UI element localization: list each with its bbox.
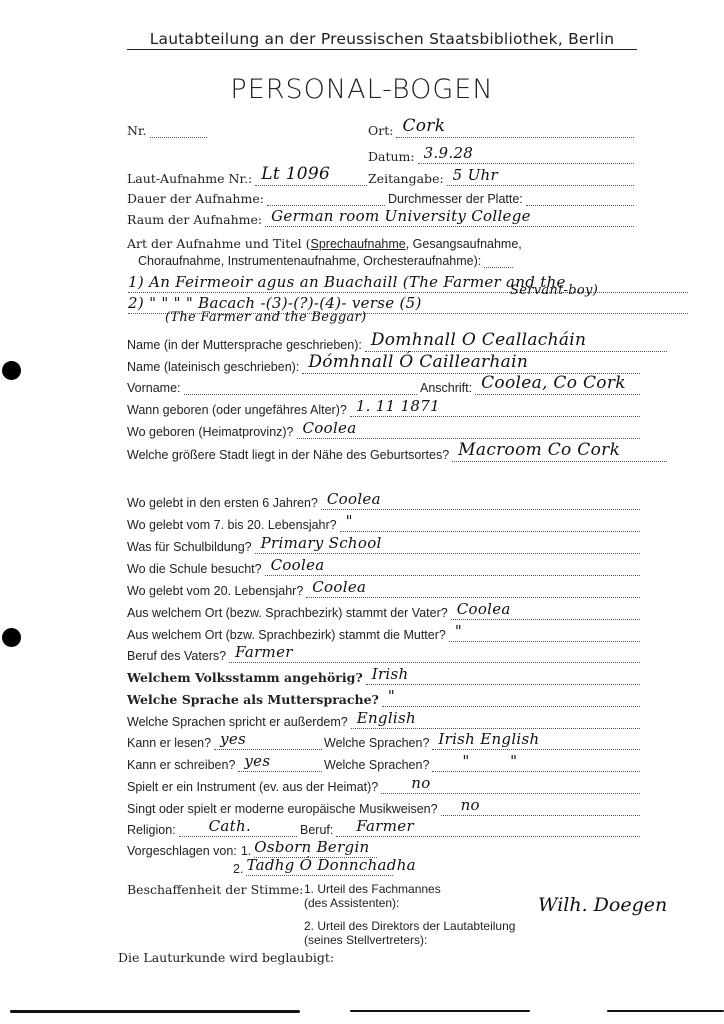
field-stadt: Welche größere Stadt liegt in der Nähe d… [127,444,667,462]
field-beruf-vater: Beruf des Vaters? Farmer [127,645,640,663]
vater-ort-field[interactable]: Coolea [451,603,640,620]
field-anschrift: Anschrift: Coolea, Co Cork [420,377,640,395]
field-gelebt-7-20: Wo gelebt vom 7. bis 20. Lebensjahr? " [127,514,640,532]
vorname-field[interactable] [184,378,417,395]
anschrift-field[interactable]: Coolea, Co Cork [475,378,640,395]
urteil-1: 1. Urteil des Fachmannes (des Assistente… [304,882,441,910]
lesen-field[interactable]: yes [214,733,322,750]
field-geboren-wo: Wo geboren (Heimatprovinz)? Coolea [127,421,640,439]
gelebt-20-field[interactable]: Coolea [306,581,640,598]
field-laut-aufnahme-nr: Laut-Aufnahme Nr.: Lt 1096 [127,168,367,186]
title-1-field[interactable]: 1) An Feirmeoir agus an Buachaill (The F… [128,276,688,293]
field-gelebt-6: Wo gelebt in den ersten 6 Jahren? Coolea [127,492,640,510]
geboren-wo-field[interactable]: Coolea [297,422,640,439]
name-mutter-field[interactable]: Domhnall O Ceallacháin [365,335,667,352]
urteil-2: 2. Urteil des Direktors der Lautabteilun… [304,919,515,947]
page-title: PERSONAL-BOGEN [0,74,724,105]
art-selected: Sprechaufnahme [311,237,406,251]
field-datum: Datum: 3.9.28 [368,146,634,164]
field-lesen: Kann er lesen? yes [127,732,322,750]
mutter-ort-field[interactable]: " [449,625,640,642]
field-zeitangabe: Zeitangabe: 5 Uhr [368,168,634,186]
field-musikweisen: Singt oder spielt er moderne europäische… [127,798,640,816]
lesen-sprachen-field[interactable]: Irish English [432,733,640,750]
field-ort: Ort: Cork [368,120,634,138]
instrument-field[interactable]: no [381,777,640,794]
punch-hole [2,628,21,647]
field-lesen-sprachen: Welche Sprachen? Irish English [324,732,640,750]
laut-aufnahme-nr-field[interactable]: Lt 1096 [255,169,367,186]
muttersprache-field[interactable]: " [382,690,640,707]
schreiben-field[interactable]: yes [238,755,322,772]
field-beruf: Beruf: Farmer [300,819,640,837]
field-art-choices: Choraufnahme, Instrumentenaufnahme, Orch… [138,250,513,268]
name-latein-field[interactable]: Dómhnall Ó Caillearhain [302,357,640,374]
field-name-mutter: Name (in der Muttersprache geschrieben):… [127,334,667,352]
stadt-field[interactable]: Macroom Co Cork [452,445,667,462]
scan-edge-line [607,1010,724,1012]
punch-hole [2,361,21,380]
stimme-label: Beschaffenheit der Stimme: [127,882,304,897]
field-schulbildung: Was für Schulbildung? Primary School [127,536,640,554]
schulbildung-field[interactable]: Primary School [255,537,640,554]
gelebt-7-20-field[interactable]: " [340,515,640,532]
field-schreiben: Kann er schreiben? yes [127,754,322,772]
datum-field[interactable]: 3.9.28 [418,147,634,164]
durchmesser-field[interactable] [526,189,634,206]
scan-edge-line [350,1010,530,1012]
ort-field[interactable]: Cork [396,121,634,138]
beglaubigt-label: Die Lauturkunde wird beglaubigt: [118,950,334,965]
beruf-field[interactable]: Farmer [336,820,640,837]
field-vorname: Vorname: [127,377,417,395]
zeitangabe-field[interactable]: 5 Uhr [447,169,634,186]
field-sprachen-ausserdem: Welche Sprachen spricht er außerdem? Eng… [127,711,640,729]
field-gelebt-20: Wo gelebt vom 20. Lebensjahr? Coolea [127,580,640,598]
schreiben-sprachen-field[interactable]: " " [432,755,640,772]
field-dauer: Dauer der Aufnahme: [127,188,385,206]
field-vater-ort: Aus welchem Ort (bezw. Sprachbezirk) sta… [127,602,640,620]
beruf-vater-field[interactable]: Farmer [229,646,640,663]
field-muttersprache: Welche Sprache als Muttersprache? " [127,689,640,707]
religion-field[interactable]: Cath. [179,820,297,837]
art-field[interactable] [484,251,513,268]
field-schule: Wo die Schule besucht? Coolea [127,558,640,576]
geboren-wann-field[interactable]: 1. 11 1871 [350,400,640,417]
field-geboren-wann: Wann geboren (oder ungefähres Alter)? 1.… [127,399,640,417]
field-mutter-ort: Aus welchem Ort (bzw. Sprachbezirk) stam… [127,624,640,642]
field-durchmesser: Durchmesser der Platte: [388,188,634,206]
volksstamm-field[interactable]: Irish [366,668,640,685]
title-line-1: 1) An Feirmeoir agus an Buachaill (The F… [128,275,688,293]
field-nr: Nr. [127,120,207,138]
field-instrument: Spielt er ein Instrument (ev. aus der He… [127,776,640,794]
scan-edge-line [10,1010,300,1013]
institution-header: Lautabteilung an der Preussischen Staats… [127,30,637,50]
raum-field[interactable]: German room University College [265,210,634,227]
sprachen-ausserdem-field[interactable]: English [351,712,640,729]
schule-field[interactable]: Coolea [265,559,640,576]
field-name-latein: Name (lateinisch geschrieben): Dómhnall … [127,356,640,374]
field-religion: Religion: Cath. [127,819,297,837]
signature: Wilh. Doegen [538,894,667,916]
field-vorgeschlagen-2: 2. Tadhg Ó Donnchadha [233,858,393,876]
nr-field[interactable] [150,121,207,138]
field-volksstamm: Welchem Volksstamm angehörig? Irish [127,667,640,685]
musikweisen-field[interactable]: no [441,799,640,816]
dauer-field[interactable] [267,189,385,206]
vorgeschlagen-2-field[interactable]: Tadhg Ó Donnchadha [246,859,393,876]
field-raum: Raum der Aufnahme: German room Universit… [127,209,634,227]
field-schreiben-sprachen: Welche Sprachen? " " [324,754,640,772]
gelebt-6-field[interactable]: Coolea [321,493,640,510]
